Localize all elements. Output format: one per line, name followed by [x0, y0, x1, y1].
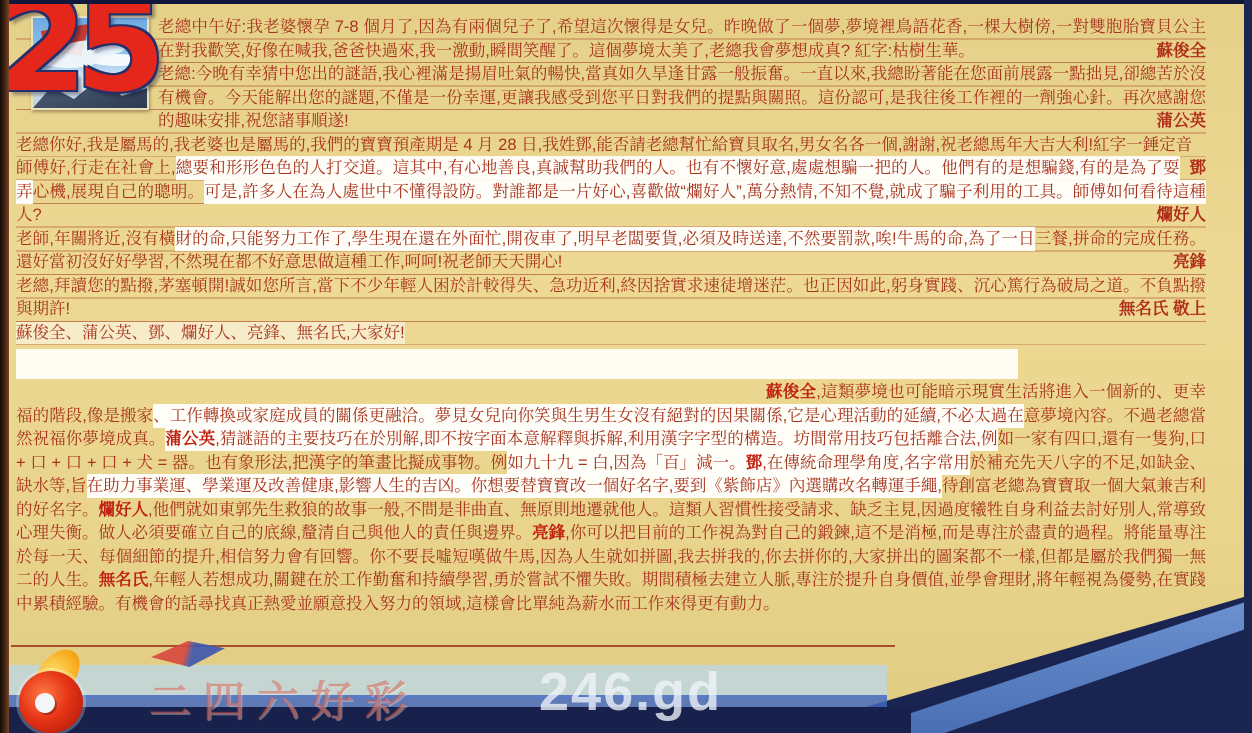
watermark-zone: 二四六好彩 246.gd	[9, 645, 911, 733]
text-segment: 人?	[16, 206, 42, 224]
issue-number: 25	[0, 0, 154, 110]
letter-signature: 無名氏 敬上	[1109, 298, 1206, 322]
text-segment: 、工作轉換或家庭成員的關係更融洽。夢見女兒向你笑與生男生女沒有絕對的因果關係,它…	[153, 404, 1024, 428]
text-segment: ,猜謎語的主要技巧在於別解,即不按字面本意解釋與拆解,利用漢字字型的構造。坊間常…	[215, 427, 997, 451]
top-edge-border	[0, 0, 1252, 4]
letter-signature: 鄧	[1180, 157, 1207, 181]
text-segment: 心機,展現自己的聰明。	[33, 183, 205, 201]
letter-signature: 蒲公英	[1147, 110, 1207, 134]
letter-paragraph: 老總你好,我是屬馬的,我老婆也是屬馬的,我們的寶寶預產期是 4 月 28 日,我…	[16, 134, 1206, 158]
text-segment: 老總中午好:我老婆懷孕 7-8 個月了,因為有兩個兒子了,希望這次懷得是女兒。昨…	[158, 18, 1206, 60]
text-segment: 師傅好,行走在社會上,	[16, 159, 176, 177]
text-segment: 老師,年關將近,沒有橫	[16, 230, 175, 248]
whiteout-block	[16, 349, 1018, 379]
letters-section: 老總中午好:我老婆懷孕 7-8 個月了,因為有兩個兒子了,希望這次懷得是女兒。昨…	[16, 16, 1206, 345]
reply-paragraph: 蘇俊全,這類夢境也可能暗示現實生活將進入一個新的、更幸福的階段,像是搬家、工作轉…	[16, 381, 1206, 616]
letter-paragraph: 老總中午好:我老婆懷孕 7-8 個月了,因為有兩個兒子了,希望這次懷得是女兒。昨…	[16, 16, 1206, 63]
addressee-name: 爛好人	[99, 501, 149, 519]
letter-signature: 爛好人	[1147, 204, 1207, 228]
addressee-name: 無名氏	[99, 571, 149, 589]
logo-dot-icon	[35, 693, 55, 713]
text-segment: 財的命,只能努力工作了,學生現在還在外面忙,開夜車了,明早老闆要貨,必須及時送達…	[175, 227, 1034, 251]
letter-paragraph: 師傅好,行走在社會上,總要和形形色色的人打交道。這其中,有心地善良,真誠幫助我們…	[16, 157, 1206, 228]
watermark-brand-text: 二四六好彩	[149, 669, 419, 729]
right-edge-border	[1244, 0, 1252, 733]
text-segment: 蘇俊全、蒲公英、鄧、爛好人、亮鋒、無名氏,大家好!	[16, 322, 405, 344]
letter-signature: 蘇俊全	[1147, 40, 1207, 64]
watermark-site-text: 246.gd	[539, 661, 722, 723]
addressee-name: 蘇俊全	[766, 383, 816, 401]
text-segment: 老總,拜讀您的點撥,茅塞頓開!誠如您所言,當下不少年輕人困於計較得失、急功近利,…	[16, 277, 1206, 319]
letter-paragraph: 老總,拜讀您的點撥,茅塞頓開!誠如您所言,當下不少年輕人困於計較得失、急功近利,…	[16, 275, 1206, 322]
watermark-logo	[11, 647, 131, 733]
addressee-name: 亮鋒	[532, 524, 565, 542]
letter-sheet: 25 老總中午好:我老婆懷孕 7-8 個月了,因為有兩個兒子了,希望這次懷得是女…	[9, 4, 1244, 733]
addressee-name: 鄧	[746, 451, 763, 475]
watermark-bar	[9, 665, 887, 699]
letter-paragraph: 老師,年關將近,沒有橫財的命,只能努力工作了,學生現在還在外面忙,開夜車了,明早…	[16, 228, 1206, 275]
sheet-bottom-rule	[11, 645, 895, 647]
letter-signature: 亮鋒	[1163, 251, 1206, 275]
text-segment: 如九十九 = 白,因為「百」減一。	[507, 451, 745, 475]
letter-paragraph: 老總:今晚有幸猜中您出的謎語,我心裡滿是揚眉吐氣的暢快,當真如久旱逢甘露一般振奮…	[16, 63, 1206, 134]
addressee-name: 蒲公英	[165, 427, 215, 451]
left-edge-border	[0, 0, 9, 733]
text-segment: 可是,許多人在為人處世中不懂得設防。對誰都是一片好心,喜歡做“爛好人”,萬分熱情…	[204, 180, 1206, 204]
letter-paragraph: 蘇俊全、蒲公英、鄧、爛好人、亮鋒、無名氏,大家好!	[16, 322, 1206, 346]
watermark-navy-bar	[9, 707, 911, 733]
text-segment: 在助力事業運、學業運及改善健康,影響人生的吉凶。你想要替寶寶改一個好名字,要到《…	[87, 474, 942, 498]
page: 25 老總中午好:我老婆懷孕 7-8 個月了,因為有兩個兒子了,希望這次懷得是女…	[0, 0, 1252, 733]
text-segment: 老總你好,我是屬馬的,我老婆也是屬馬的,我們的寶寶預產期是 4 月 28 日,我…	[16, 136, 1192, 154]
text-segment: 老總:今晚有幸猜中您出的謎語,我心裡滿是揚眉吐氣的暢快,當真如久旱逢甘露一般振奮…	[158, 65, 1206, 130]
text-segment: ,年輕人若想成功,關鍵在於工作勤奮和持續學習,勇於嘗試不懼失敗。期間積極去建立人…	[16, 571, 1206, 613]
text-segment: ,在傳統命理學角度,名字常用	[762, 451, 970, 475]
